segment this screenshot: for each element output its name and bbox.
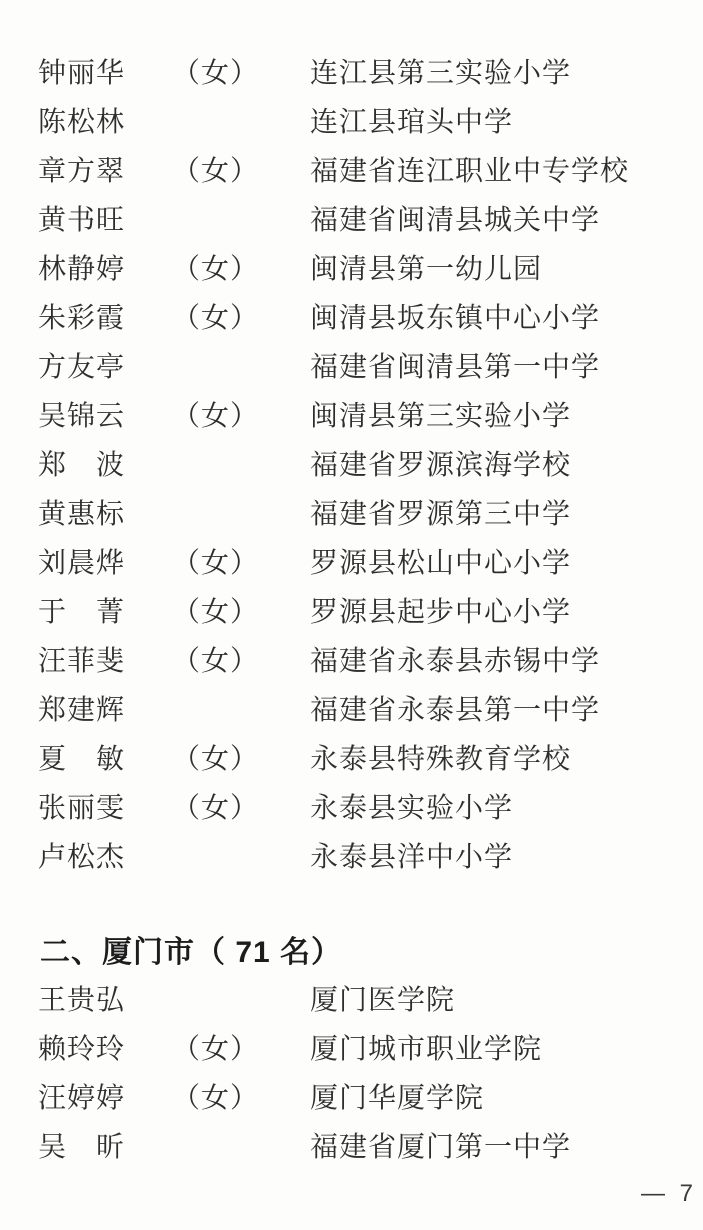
person-name: 吴锦云: [38, 394, 168, 434]
award-list: 钟丽华 （女） 连江县第三实验小学 陈松林 连江县琯头中学 章方翠 （女） 福建…: [0, 46, 703, 1169]
person-name: 朱彩霞: [38, 296, 168, 336]
school-name: 永泰县特殊教育学校: [310, 737, 571, 777]
school-name: 连江县琯头中学: [310, 100, 513, 140]
school-name: 福建省永泰县赤锡中学: [310, 639, 600, 679]
school-name: 连江县第三实验小学: [310, 51, 571, 91]
school-name: 闽清县坂东镇中心小学: [310, 296, 600, 336]
person-name: 卢松杰: [38, 835, 168, 875]
list-item: 章方翠 （女） 福建省连江职业中专学校: [0, 144, 703, 193]
school-name: 厦门医学院: [310, 978, 455, 1018]
school-name: 福建省罗源滨海学校: [310, 443, 571, 483]
person-name: 吴 昕: [38, 1125, 168, 1165]
person-name: 章方翠: [38, 149, 168, 189]
gender-label: （女）: [172, 737, 302, 777]
person-name: 郑 波: [38, 443, 168, 483]
list-item: 方友亭 福建省闽清县第一中学: [0, 340, 703, 389]
gender-label: （女）: [172, 1076, 302, 1116]
person-name: 张丽雯: [38, 786, 168, 826]
person-name: 赖玲玲: [38, 1027, 168, 1067]
list-item: 赖玲玲 （女） 厦门城市职业学院: [0, 1022, 703, 1071]
person-name: 陈松林: [38, 100, 168, 140]
gender-label: （女）: [172, 639, 302, 679]
list-item: 朱彩霞 （女） 闽清县坂东镇中心小学: [0, 291, 703, 340]
school-name: 永泰县洋中小学: [310, 835, 513, 875]
school-name: 福建省厦门第一中学: [310, 1125, 571, 1165]
list-item: 张丽雯 （女） 永泰县实验小学: [0, 781, 703, 830]
list-item: 夏 敏 （女） 永泰县特殊教育学校: [0, 732, 703, 781]
school-name: 福建省连江职业中专学校: [310, 149, 629, 189]
list-item: 郑建辉 福建省永泰县第一中学: [0, 683, 703, 732]
school-name: 福建省闽清县第一中学: [310, 345, 600, 385]
list-item: 黄书旺 福建省闽清县城关中学: [0, 193, 703, 242]
gender-label: （女）: [172, 786, 302, 826]
gender-label: （女）: [172, 149, 302, 189]
person-name: 黄惠标: [38, 492, 168, 532]
school-name: 闽清县第一幼儿园: [310, 247, 542, 287]
school-name: 闽清县第三实验小学: [310, 394, 571, 434]
list-item: 郑 波 福建省罗源滨海学校: [0, 438, 703, 487]
gender-label: （女）: [172, 51, 302, 91]
school-name: 福建省永泰县第一中学: [310, 688, 600, 728]
list-item: 钟丽华 （女） 连江县第三实验小学: [0, 46, 703, 95]
gender-label: （女）: [172, 1027, 302, 1067]
school-name: 永泰县实验小学: [310, 786, 513, 826]
gender-label: （女）: [172, 296, 302, 336]
school-name: 厦门城市职业学院: [310, 1027, 542, 1067]
list-item: 吴 昕 福建省厦门第一中学: [0, 1120, 703, 1169]
list-item: 于 菁 （女） 罗源县起步中心小学: [0, 585, 703, 634]
person-name: 方友亭: [38, 345, 168, 385]
list-item: 黄惠标 福建省罗源第三中学: [0, 487, 703, 536]
list-item: 汪菲斐 （女） 福建省永泰县赤锡中学: [0, 634, 703, 683]
document-page: 钟丽华 （女） 连江县第三实验小学 陈松林 连江县琯头中学 章方翠 （女） 福建…: [0, 0, 703, 1230]
person-name: 汪婷婷: [38, 1076, 168, 1116]
school-name: 罗源县松山中心小学: [310, 541, 571, 581]
person-name: 林静婷: [38, 247, 168, 287]
person-name: 黄书旺: [38, 198, 168, 238]
school-name: 厦门华厦学院: [310, 1076, 484, 1116]
list-item: 林静婷 （女） 闽清县第一幼儿园: [0, 242, 703, 291]
section2-header: 二、厦门市（ 71 名）: [0, 924, 703, 973]
person-name: 夏 敏: [38, 737, 168, 777]
section1-rows: 钟丽华 （女） 连江县第三实验小学 陈松林 连江县琯头中学 章方翠 （女） 福建…: [0, 46, 703, 879]
list-item: 吴锦云 （女） 闽清县第三实验小学: [0, 389, 703, 438]
school-name: 福建省罗源第三中学: [310, 492, 571, 532]
section2-rows: 王贵弘 厦门医学院 赖玲玲 （女） 厦门城市职业学院 汪婷婷 （女） 厦门华厦学…: [0, 973, 703, 1169]
page-number: — 7: [641, 1180, 697, 1208]
person-name: 汪菲斐: [38, 639, 168, 679]
school-name: 福建省闽清县城关中学: [310, 198, 600, 238]
section2-title: 二、厦门市（ 71 名）: [40, 927, 342, 971]
person-name: 王贵弘: [38, 978, 168, 1018]
list-item: 陈松林 连江县琯头中学: [0, 95, 703, 144]
list-item: 王贵弘 厦门医学院: [0, 973, 703, 1022]
person-name: 于 菁: [38, 590, 168, 630]
school-name: 罗源县起步中心小学: [310, 590, 571, 630]
list-item: 刘晨烨 （女） 罗源县松山中心小学: [0, 536, 703, 585]
person-name: 郑建辉: [38, 688, 168, 728]
gender-label: （女）: [172, 541, 302, 581]
gender-label: （女）: [172, 590, 302, 630]
gender-label: （女）: [172, 394, 302, 434]
list-item: 卢松杰 永泰县洋中小学: [0, 830, 703, 879]
gender-label: （女）: [172, 247, 302, 287]
person-name: 刘晨烨: [38, 541, 168, 581]
person-name: 钟丽华: [38, 51, 168, 91]
list-item: 汪婷婷 （女） 厦门华厦学院: [0, 1071, 703, 1120]
